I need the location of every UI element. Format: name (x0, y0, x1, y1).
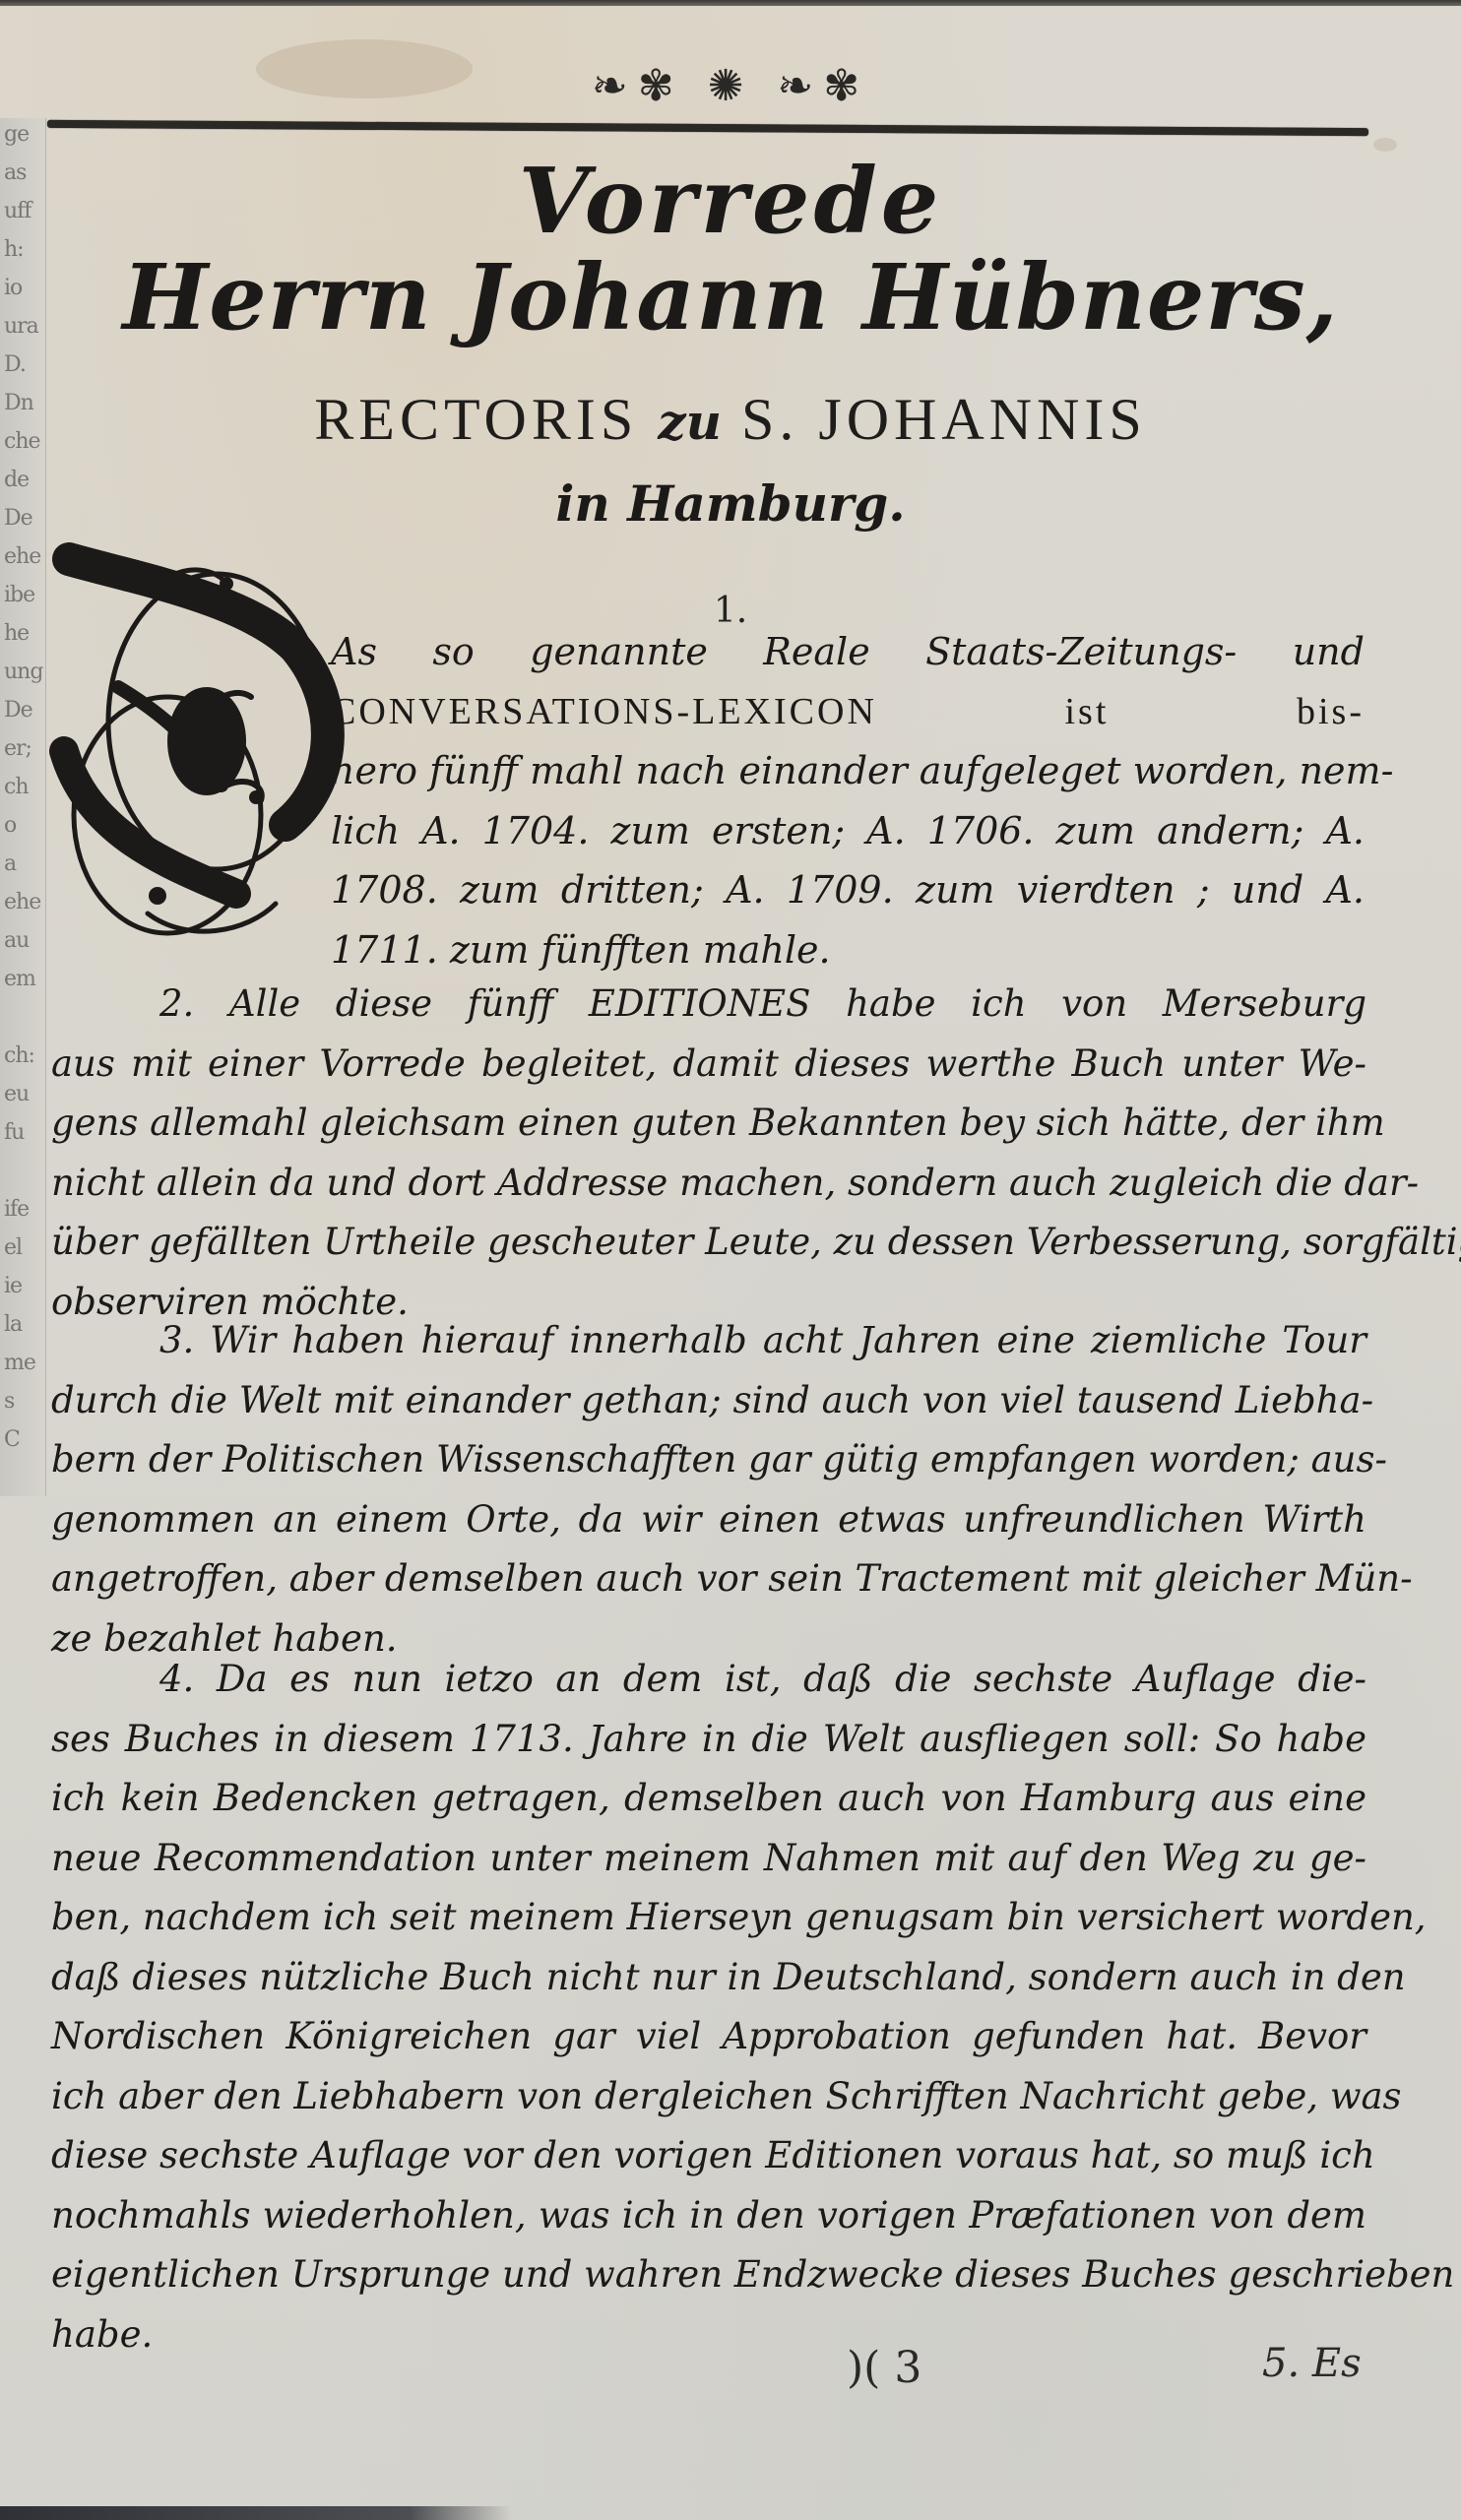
bleed-fragment: ch: (4, 1043, 34, 1068)
title-zu-word: zu (658, 393, 722, 451)
catchword: 5. Es (1262, 2341, 1362, 2386)
bleed-fragment: ehe (4, 890, 40, 914)
bleed-fragment: me (4, 1351, 35, 1375)
paragraph-line: nicht allein da und dort Addresse machen… (51, 1154, 1366, 1214)
paragraph-line: ses Buches in diesem 1713. Jahre in die … (51, 1710, 1366, 1770)
bleed-fragment: o (4, 813, 16, 838)
paragraph-line: genommen an einem Orte, da wir einen etw… (51, 1490, 1366, 1550)
paragraph-line: hero fünff mahl nach einander aufgeleget… (331, 741, 1365, 801)
book-page: geasuffh:iouraD.DnchedeDeeheibeheungDeer… (0, 0, 1461, 2520)
title-author-name: Herrn Johann Hübners, (0, 244, 1461, 350)
paragraph-line: daß dieses nützliche Buch nicht nur in D… (51, 1948, 1366, 2008)
paragraph-line: aus mit einer Vorrede begleitet, damit d… (51, 1035, 1366, 1095)
paragraph-4: 4. Da es nun ietzo an dem ist, daß die s… (51, 1650, 1366, 2364)
bleed-fragment: eu (4, 1082, 29, 1106)
paragraph-line: neue Recommendation unter meinem Nahmen … (51, 1829, 1366, 1889)
header-ornament: ❧✾ ✺ ❧✾ (0, 61, 1461, 111)
paragraph-line: ich aber den Liebhabern von dergleichen … (51, 2067, 1366, 2127)
paragraph-line: 3. Wir haben hierauf innerhalb acht Jahr… (51, 1311, 1366, 1371)
bleed-fragment: el (4, 1235, 22, 1260)
paragraph-3: 3. Wir haben hierauf innerhalb acht Jahr… (51, 1311, 1366, 1669)
title-johannis-word: S. JOHANNIS (741, 387, 1147, 452)
paragraph-line: 4. Da es nun ietzo an dem ist, daß die s… (51, 1650, 1366, 1710)
paragraph-line: über gefällten Urtheile gescheuter Leute… (51, 1213, 1366, 1273)
bleed-fragment: fu (4, 1120, 24, 1145)
paragraph-2: 2. Alle diese fünff EDITIONES habe ich v… (51, 975, 1366, 1332)
paragraph-line: bern der Politischen Wissenschafften gar… (51, 1430, 1366, 1490)
bleed-fragment: s (4, 1389, 14, 1414)
paragraph-line: 2. Alle diese fünff EDITIONES habe ich v… (51, 975, 1366, 1035)
bleed-fragment: em (4, 967, 35, 991)
bleed-fragment: ife (4, 1197, 29, 1222)
paragraph-line: Nordischen Königreichen gar viel Approba… (51, 2007, 1366, 2067)
bleed-fragment: C (4, 1427, 20, 1452)
signature-mark: )( 3 (847, 2343, 921, 2393)
title-place: in Hamburg. (0, 474, 1461, 533)
bleed-fragment: De (4, 698, 32, 723)
paragraph-line: As so genannte Reale Staats-Zeitungs- un… (331, 622, 1365, 682)
paragraph-line: gens allemahl gleichsam einen guten Beka… (51, 1094, 1366, 1154)
title-rectoris-word: RECTORIS (314, 387, 638, 452)
paragraph-line: diese sechste Auflage vor den vorigen Ed… (51, 2126, 1366, 2186)
bleed-fragment: ie (4, 1274, 22, 1298)
paragraph-line: ben, nachdem ich seit meinem Hierseyn ge… (51, 1888, 1366, 1948)
paragraph-1: As so genannte Reale Staats-Zeitungs- un… (331, 622, 1365, 979)
paragraph-line: lich A. 1704. zum ersten; A. 1706. zum a… (331, 801, 1365, 861)
bleed-fragment: la (4, 1312, 22, 1337)
paragraph-line: angetroffen, aber demselben auch vor sei… (51, 1549, 1366, 1609)
header-rule (47, 120, 1368, 136)
page-bottom-shadow (0, 2506, 512, 2520)
paragraph-line: nochmahls wiederhohlen, was ich in den v… (51, 2186, 1366, 2246)
paragraph-line: habe. (51, 2305, 1366, 2365)
bleed-fragment: a (4, 851, 16, 876)
bleed-fragment: er; (4, 736, 32, 761)
paragraph-line: ich kein Bedencken getragen, demselben a… (51, 1769, 1366, 1829)
bleed-fragment: ge (4, 122, 29, 147)
paragraph-line: eigentlichen Ursprunge und wahren Endzwe… (51, 2245, 1366, 2305)
title-vorrede: Vorrede (0, 148, 1461, 254)
bleed-fragment: ch (4, 775, 29, 799)
paragraph-line: 1708. zum dritten; A. 1709. zum vierdten… (331, 860, 1365, 920)
bleed-fragment: ehe (4, 544, 40, 569)
paragraph-line: durch die Welt mit einander gethan; sind… (51, 1371, 1366, 1431)
title-rectoris: RECTORIS zu S. JOHANNIS (0, 386, 1461, 454)
bleed-fragment: D. (4, 352, 26, 377)
paragraph-line: 1711. zum fünfften mahle. (331, 920, 1365, 980)
bleed-fragment: au (4, 928, 29, 953)
page-top-edge (0, 0, 1461, 6)
paragraph-line: CONVERSATIONS-LEXICON ist bis- (331, 682, 1365, 742)
bleed-fragment: ung (4, 660, 42, 684)
